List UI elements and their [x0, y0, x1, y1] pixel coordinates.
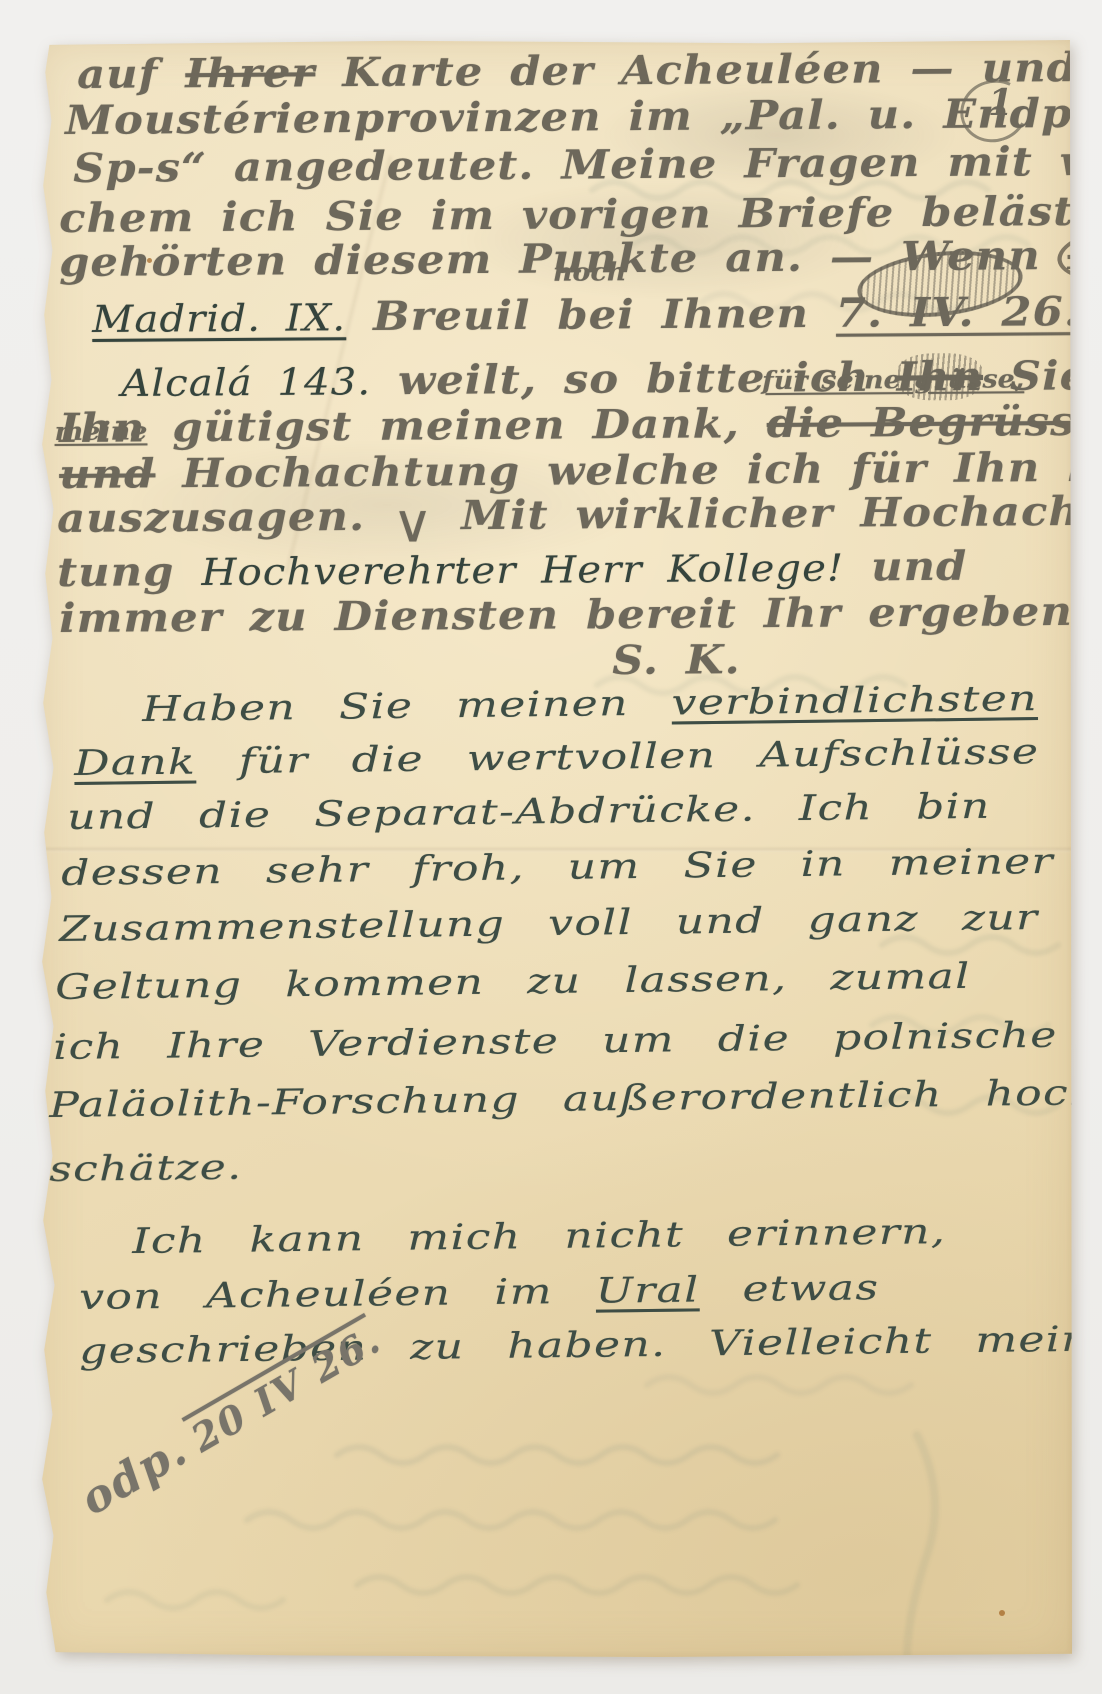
handwritten-line: geschrieben zu haben. Vielleicht meinen: [79, 1321, 1102, 1371]
handwritten-line: auf Ihrer Karte der Acheuléen — und: [77, 47, 1078, 96]
handwritten-line: dessen sehr froh, um Sie in meiner: [61, 844, 1054, 893]
handwritten-line: immer zu Diensten bereit Ihr ergebener: [59, 591, 1102, 640]
underlined-word: Ural: [596, 1270, 700, 1311]
line-text: von Acheuléen im: [79, 1272, 596, 1318]
signature-initials: S. K.: [612, 636, 741, 684]
line-text: auf: [77, 50, 185, 98]
line-text: für die wertvollen Aufschlüsse: [196, 732, 1040, 782]
inserted-word: noch: [553, 259, 627, 286]
date-text: 7. IV. 26.: [836, 288, 1080, 337]
underlined-word: Dank: [74, 743, 196, 784]
handwritten-line: Dank für die wertvollen Aufschlüsse: [74, 734, 1039, 783]
handwritten-line: schätze.: [49, 1150, 243, 1189]
line-text: etwas: [699, 1268, 879, 1310]
handwritten-line: Madrid. IX. Breuil nochbei Ihnen 7. IV. …: [92, 291, 1080, 340]
scribbled-word: Prof.: [1067, 231, 1102, 279]
line-text: und: [844, 543, 968, 591]
handwritten-line: Moustérienprovinzen im „Pal. u. Endpal.: [65, 93, 1102, 142]
insertion-wrap: nochbei Ihnen: [557, 290, 836, 339]
struck-word: und: [59, 450, 156, 498]
handwritten-line: auszusagen. ∨ Mit wirklicher Hochach-: [57, 491, 1100, 540]
line-text: Ich kann mich nicht erinnern,: [132, 1212, 946, 1262]
signature: S. K.: [612, 639, 741, 682]
insertion-wrap: für seine grüsse,die Begrüssung,: [767, 397, 1102, 447]
handwritten-line: ich Ihre Verdienste um die polnische: [53, 1018, 1058, 1067]
struck-phrase: die Begrüssung,: [767, 397, 1102, 447]
line-text: Paläolith-Forschung außerordentlich hoch…: [49, 1073, 1102, 1126]
line-text: Mit wirklicher Hochach-: [434, 488, 1100, 540]
line-text: Sp-s“ angedeutet. Meine Fragen mit wel- …: [73, 137, 1102, 192]
handwritten-line: und die Separat-Abdrücke. Ich bin: [67, 789, 991, 837]
line-text: schätze.: [49, 1148, 243, 1190]
line-text: Breuil: [346, 292, 558, 340]
caret-mark: ∨: [392, 494, 435, 554]
line-text: bei Ihnen: [557, 290, 836, 339]
line-text: immer zu Diensten bereit Ihr ergebener: [59, 588, 1102, 642]
line-text: Karte der Acheuléen — und: [315, 44, 1078, 96]
salutation-ink: Hochverehrter Herr Kollege!: [201, 546, 844, 594]
inserted-phrase: für seine grüsse,: [762, 366, 1024, 394]
handwritten-line: Ihn gütigst meinen Dank, für seine grüss…: [59, 400, 1102, 450]
handwritten-line: tung Hochverehrter Herr Kollege! und: [57, 546, 968, 594]
handwritten-line: Ich kann mich nicht erinnern,: [132, 1214, 946, 1261]
line-text: auszusagen.: [57, 493, 392, 542]
handwritten-line: Haben Sie meinen verbindlichsten: [142, 681, 1038, 729]
inserted-word: meine: [54, 418, 147, 445]
handwritten-line: Sp-s“ angedeutet. Meine Fragen mit wel- …: [73, 140, 1102, 190]
handwritten-line: von Acheuléen im Ural etwas: [79, 1270, 879, 1317]
line-text: Haben Sie meinen: [142, 684, 672, 730]
handwritten-line: Paläolith-Forschung außerordentlich hoch…: [49, 1075, 1102, 1125]
letter-page: 1 auf Ihrer Karte der Acheuléen — und Mo…: [37, 40, 1072, 1657]
line-text: Geltung kommen zu lassen, zumal: [55, 957, 971, 1008]
struck-word: Ihrer: [185, 49, 315, 97]
underlined-word: verbindlichsten: [671, 679, 1038, 723]
line-text: ich Ihre Verdienste um die polnische: [53, 1016, 1058, 1068]
place-date-ink: Madrid. IX.: [92, 295, 346, 341]
insertion-wrap: meineund: [59, 450, 156, 498]
address-ink: Alcalá 143.: [121, 359, 371, 405]
paper-stain: [999, 1610, 1005, 1616]
handwritten-line: Geltung kommen zu lassen, zumal: [55, 959, 971, 1007]
line-text: geschrieben zu haben. Vielleicht meinen: [79, 1319, 1102, 1372]
line-text: Zusammenstellung voll und ganz zur: [59, 898, 1039, 950]
line-text: Ihn gütigst meinen Dank,: [59, 400, 767, 452]
line-text: dessen sehr froh, um Sie in meiner: [61, 842, 1054, 894]
line-text: und die Separat-Abdrücke. Ich bin: [67, 787, 991, 838]
line-text: Moustérienprovinzen im „Pal. u. Endpal.: [65, 90, 1102, 144]
handwritten-line: Zusammenstellung voll und ganz zur: [59, 900, 1039, 949]
line-text: tung: [57, 548, 202, 596]
scan-backdrop: 1 auf Ihrer Karte der Acheuléen — und Mo…: [0, 0, 1102, 1694]
docket-prefix: odp.: [72, 1424, 196, 1525]
